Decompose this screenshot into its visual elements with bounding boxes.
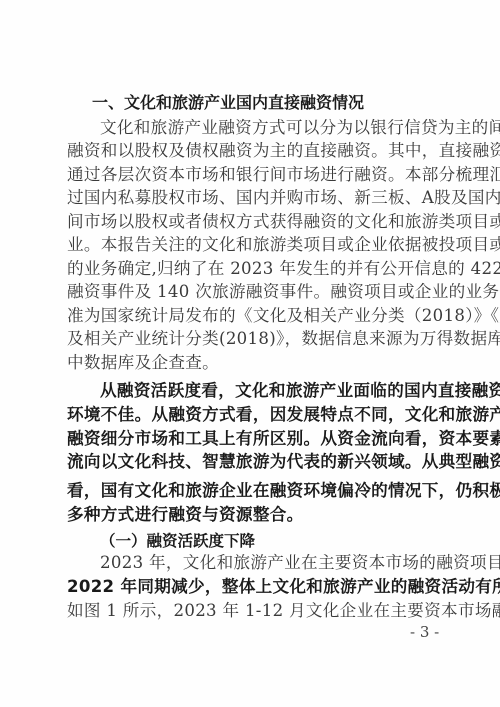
document-page: 一、文化和旅游产业国内直接融资情况 文化和旅游产业融资方式可以分为以银行信贷为主… bbox=[0, 0, 500, 707]
text-line: 文化和旅游产业融资方式可以分为以银行信贷为主的间接 bbox=[100, 118, 439, 138]
text-line: 从融资活跃度看，文化和旅游产业面临的国内直接融资整体 bbox=[100, 381, 439, 401]
text-line: 中数据库及企查查。 bbox=[67, 353, 439, 373]
text-line: 如图 1 所示，2023 年 1-12 月文化企业在主要资本市场融资事件 bbox=[67, 601, 439, 621]
text-line: 准为国家统计局发布的《文化及相关产业分类（2018）》《旅游 bbox=[67, 306, 439, 326]
text-line: 业。本报告关注的文化和旅游类项目或企业依据被投项目或企业 bbox=[67, 235, 439, 255]
text-line: 流向以文化科技、智慧旅游为代表的新兴领域。从典型融资活动 bbox=[67, 452, 439, 472]
subsection-heading: （一）融资活跃度下降 bbox=[100, 529, 255, 551]
section-heading: 一、文化和旅游产业国内直接融资情况 bbox=[92, 90, 364, 113]
text-line: 及相关产业统计分类(2018)》，数据信息来源为万得数据库、投 bbox=[67, 329, 439, 349]
text-line: 2022 年同期减少，整体上文化和旅游产业的融资活动有所减弱。 bbox=[67, 577, 439, 597]
text-line: 融资事件及 140 次旅游融资事件。融资项目或企业的业务分类标 bbox=[67, 282, 439, 302]
text-line: 间市场以股权或者债权方式获得融资的文化和旅游类项目或企 bbox=[67, 212, 439, 232]
text-line: 多种方式进行融资与资源整合。 bbox=[67, 505, 439, 525]
text-line: 通过各层次资本市场和银行间市场进行融资。本部分梳理汇总通 bbox=[67, 165, 439, 185]
text-line: 2023 年，文化和旅游产业在主要资本市场的融资项目数量较 bbox=[100, 553, 439, 573]
text-line: 看，国有文化和旅游企业在融资环境偏冷的情况下，仍积极通过 bbox=[67, 481, 439, 501]
text-line: 环境不佳。从融资方式看，因发展特点不同，文化和旅游产业在 bbox=[67, 405, 439, 425]
text-line: 融资细分市场和工具上有所区别。从资金流向看，资本要素主要 bbox=[67, 429, 439, 449]
text-line: 的业务确定,归纳了在 2023 年发生的并有公开信息的 422 次文化 bbox=[67, 259, 439, 279]
text-line: 融资和以股权及债权融资为主的直接融资。其中，直接融资主要 bbox=[67, 141, 439, 161]
page-number: - 3 - bbox=[410, 623, 439, 641]
text-line: 过国内私募股权市场、国内并购市场、新三板、A股及国内银行 bbox=[67, 188, 439, 208]
